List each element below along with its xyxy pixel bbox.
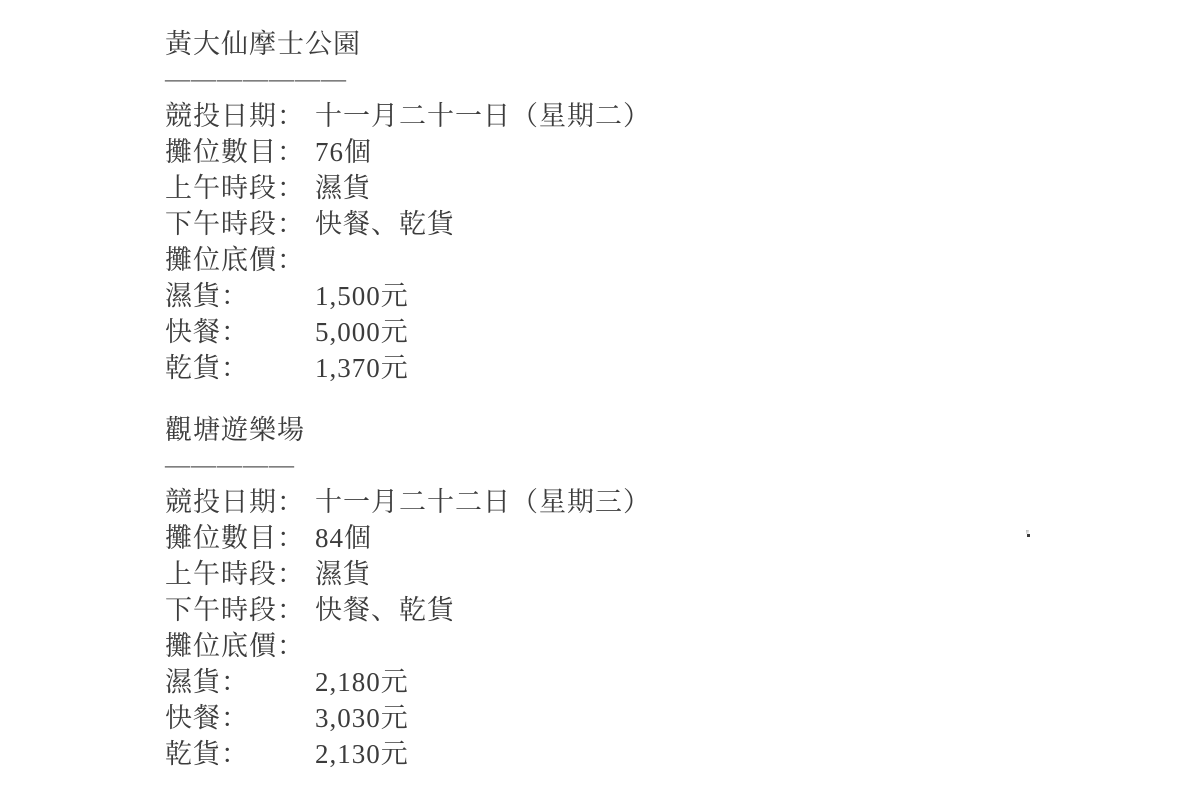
field-value: 快餐、乾貨 xyxy=(315,206,455,242)
document-page: { "page": { "background": "#ffffff", "te… xyxy=(0,0,1200,800)
venue-title: 觀塘遊樂場 xyxy=(165,412,1065,448)
field-label: 下午時段： xyxy=(165,592,315,628)
field-label: 乾貨： xyxy=(165,350,315,386)
field-value: 濕貨 xyxy=(315,170,371,206)
field-label: 快餐： xyxy=(165,700,315,736)
field-row-fast-food-price: 快餐： 3,030元 xyxy=(165,700,1065,736)
field-row-auction-date: 競投日期： 十一月二十二日（星期三） xyxy=(165,484,1065,520)
field-value: 十一月二十二日（星期三） xyxy=(315,484,651,520)
field-label: 攤位數目： xyxy=(165,134,315,170)
field-value: 76個 xyxy=(315,134,372,170)
field-row-dry-goods-price: 乾貨： 1,370元 xyxy=(165,350,1065,386)
field-label: 濕貨： xyxy=(165,278,315,314)
field-row-afternoon-session: 下午時段： 快餐、乾貨 xyxy=(165,592,1065,628)
scan-speck-artifact xyxy=(1025,530,1031,538)
field-row-dry-goods-price: 乾貨： 2,130元 xyxy=(165,736,1065,772)
venue-section-kwun-tong: 觀塘遊樂場 ————— 競投日期： 十一月二十二日（星期三） 攤位數目： 84個… xyxy=(165,412,1065,772)
field-label: 快餐： xyxy=(165,314,315,350)
field-value: 1,370元 xyxy=(315,350,409,386)
field-row-wet-goods-price: 濕貨： 2,180元 xyxy=(165,664,1065,700)
field-row-afternoon-session: 下午時段： 快餐、乾貨 xyxy=(165,206,1065,242)
field-row-morning-session: 上午時段： 濕貨 xyxy=(165,170,1065,206)
field-value: 84個 xyxy=(315,520,372,556)
field-label: 攤位數目： xyxy=(165,520,315,556)
field-row-wet-goods-price: 濕貨： 1,500元 xyxy=(165,278,1065,314)
field-value: 5,000元 xyxy=(315,314,409,350)
field-label: 上午時段： xyxy=(165,556,315,592)
title-underline-dashes: ————— xyxy=(165,448,1065,484)
title-underline-dashes: ——————— xyxy=(165,62,1065,98)
field-label: 濕貨： xyxy=(165,664,315,700)
field-row-stall-count: 攤位數目： 76個 xyxy=(165,134,1065,170)
field-value: 3,030元 xyxy=(315,700,409,736)
field-row-reserve-price-heading: 攤位底價： xyxy=(165,628,1065,664)
field-value: 2,180元 xyxy=(315,664,409,700)
field-label: 攤位底價： xyxy=(165,628,315,664)
field-label: 競投日期： xyxy=(165,484,315,520)
field-value: 快餐、乾貨 xyxy=(315,592,455,628)
field-value: 2,130元 xyxy=(315,736,409,772)
field-row-morning-session: 上午時段： 濕貨 xyxy=(165,556,1065,592)
field-row-fast-food-price: 快餐： 5,000元 xyxy=(165,314,1065,350)
field-value: 十一月二十一日（星期二） xyxy=(315,98,651,134)
field-label: 競投日期： xyxy=(165,98,315,134)
field-row-reserve-price-heading: 攤位底價： xyxy=(165,242,1065,278)
field-label: 乾貨： xyxy=(165,736,315,772)
field-value: 1,500元 xyxy=(315,278,409,314)
field-row-auction-date: 競投日期： 十一月二十一日（星期二） xyxy=(165,98,1065,134)
field-value: 濕貨 xyxy=(315,556,371,592)
field-label: 上午時段： xyxy=(165,170,315,206)
venue-section-wong-tai-sin: 黃大仙摩士公園 ——————— 競投日期： 十一月二十一日（星期二） 攤位數目：… xyxy=(165,26,1065,386)
field-row-stall-count: 攤位數目： 84個 xyxy=(165,520,1065,556)
field-label: 下午時段： xyxy=(165,206,315,242)
field-label: 攤位底價： xyxy=(165,242,315,278)
document-body: 黃大仙摩士公園 ——————— 競投日期： 十一月二十一日（星期二） 攤位數目：… xyxy=(165,26,1065,772)
venue-title: 黃大仙摩士公園 xyxy=(165,26,1065,62)
